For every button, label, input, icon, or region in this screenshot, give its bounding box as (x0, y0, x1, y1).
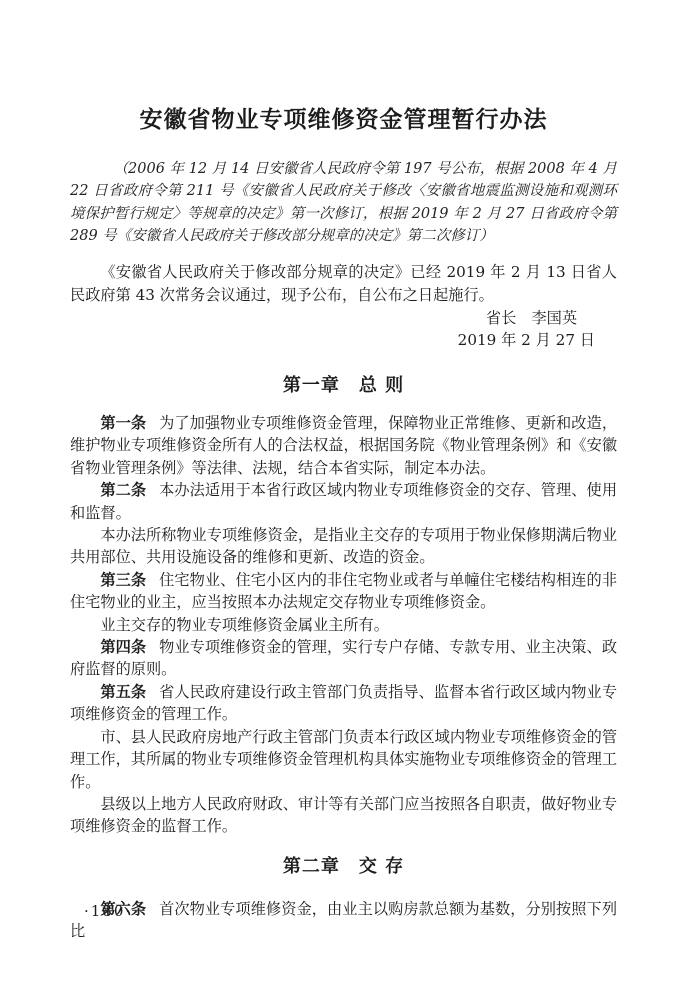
article-5-paragraph: 第五条省人民政府建设行政主管部门负责指导、监督本省行政区域内物业专项维修资金的管… (70, 681, 617, 726)
article-5-label: 第五条 (100, 683, 146, 701)
document-title: 安徽省物业专项维修资金管理暂行办法 (70, 104, 617, 136)
article-1-label: 第一条 (100, 414, 146, 432)
article-3-paragraph: 第三条住宅物业、住宅小区内的非住宅物业或者与单幢住宅楼结构相连的非住宅物业的业主… (70, 569, 617, 614)
article-2-continuation-text: 本办法所称物业专项维修资金，是指业主交存的专项用于物业保修期满后物业共用部位、共… (70, 526, 617, 566)
article-1-text: 为了加强物业专项维修资金管理，保障物业正常维修、更新和改造，维护物业专项维修资金… (70, 414, 617, 477)
article-3-continuation: 业主交存的物业专项维修资金属业主所有。 (70, 614, 617, 636)
article-6-text: 首次物业专项维修资金，由业主以购房款总额为基数，分别按照下列比 (70, 900, 617, 940)
article-2-continuation: 本办法所称物业专项维修资金，是指业主交存的专项用于物业保修期满后物业共用部位、共… (70, 524, 617, 569)
chapter-1-heading: 第一章 总 则 (70, 373, 617, 399)
chapter-2-heading: 第二章 交 存 (70, 854, 617, 880)
article-3-label: 第三条 (100, 571, 146, 589)
promulgation-paragraph: 《安徽省人民政府关于修改部分规章的决定》已经 2019 年 2 月 13 日省人… (70, 261, 617, 306)
article-4-text: 物业专项维修资金的管理，实行专户存储、专款专用、业主决策、政府监督的原则。 (70, 638, 617, 678)
page-number: ·180· (84, 902, 132, 920)
article-5-continuation-2-text: 县级以上地方人民政府财政、审计等有关部门应当按照各自职责，做好物业专项维修资金的… (70, 795, 617, 835)
article-4-paragraph: 第四条物业专项维修资金的管理，实行专户存储、专款专用、业主决策、政府监督的原则。 (70, 636, 617, 681)
article-4-label: 第四条 (100, 638, 146, 656)
chapter-1-body: 第一条为了加强物业专项维修资金管理，保障物业正常维修、更新和改造，维护物业专项维… (70, 412, 617, 838)
article-5-text: 省人民政府建设行政主管部门负责指导、监督本省行政区域内物业专项维修资金的管理工作… (70, 683, 617, 723)
revision-preamble: （2006 年 12 月 14 日安徽省人民政府令第 197 号公布，根据 20… (70, 158, 617, 247)
article-5-continuation-1-text: 市、县人民政府房地产行政主管部门负责本行政区域内物业专项维修资金的管理工作，其所… (70, 728, 617, 791)
article-1-paragraph: 第一条为了加强物业专项维修资金管理，保障物业正常维修、更新和改造，维护物业专项维… (70, 412, 617, 479)
article-5-continuation-2: 县级以上地方人民政府财政、审计等有关部门应当按照各自职责，做好物业专项维修资金的… (70, 793, 617, 838)
chapter-2-body: 第六条首次物业专项维修资金，由业主以购房款总额为基数，分别按照下列比 (70, 898, 617, 943)
signature-date: 2019 年 2 月 27 日 (70, 330, 595, 352)
signer-name: 省长 李国英 (70, 308, 577, 330)
document-page: 安徽省物业专项维修资金管理暂行办法 （2006 年 12 月 14 日安徽省人民… (0, 0, 699, 982)
article-3-continuation-text: 业主交存的物业专项维修资金属业主所有。 (100, 616, 389, 634)
article-6-paragraph: 第六条首次物业专项维修资金，由业主以购房款总额为基数，分别按照下列比 (70, 898, 617, 943)
signature-block: 省长 李国英 2019 年 2 月 27 日 (70, 308, 617, 351)
article-3-text: 住宅物业、住宅小区内的非住宅物业或者与单幢住宅楼结构相连的非住宅物业的业主，应当… (70, 571, 617, 611)
article-5-continuation-1: 市、县人民政府房地产行政主管部门负责本行政区域内物业专项维修资金的管理工作，其所… (70, 726, 617, 793)
article-2-text: 本办法适用于本省行政区域内物业专项维修资金的交存、管理、使用和监督。 (70, 481, 617, 521)
article-2-paragraph: 第二条本办法适用于本省行政区域内物业专项维修资金的交存、管理、使用和监督。 (70, 479, 617, 524)
article-2-label: 第二条 (100, 481, 146, 499)
